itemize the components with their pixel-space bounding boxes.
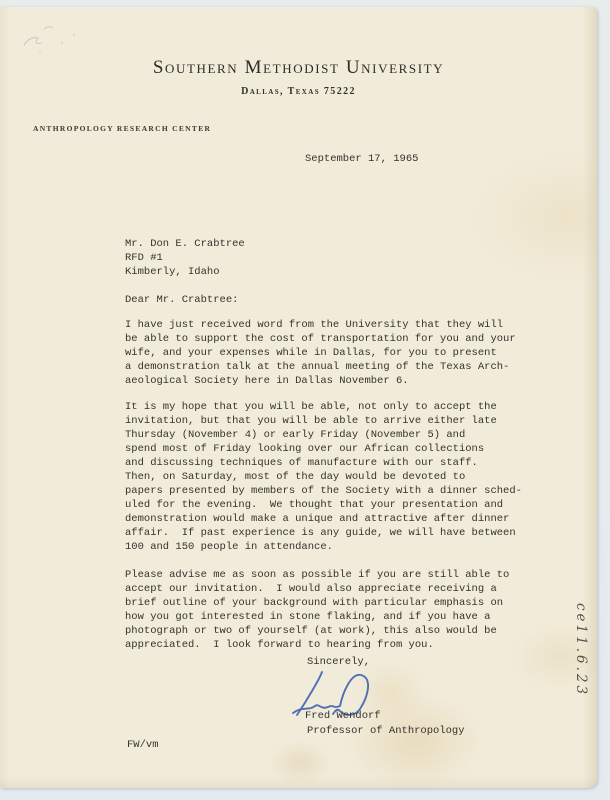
reference-initials: FW/vm bbox=[127, 738, 159, 752]
letterhead-university-name: Southern Methodist University bbox=[0, 57, 597, 79]
recipient-street: RFD #1 bbox=[125, 251, 245, 265]
recipient-address-block: Mr. Don E. Crabtree RFD #1 Kimberly, Ida… bbox=[125, 237, 245, 279]
body-paragraph-2: It is my hope that you will be able, not… bbox=[125, 400, 525, 554]
sender-title: Professor of Anthropology bbox=[307, 724, 465, 738]
pencil-scribble-marks bbox=[10, 15, 100, 60]
letterhead-city-line: Dallas, Texas 75222 bbox=[0, 86, 597, 97]
salutation: Dear Mr. Crabtree: bbox=[125, 293, 238, 307]
recipient-name: Mr. Don E. Crabtree bbox=[125, 237, 245, 251]
letter-scan-paper: Southern Methodist University Dallas, Te… bbox=[0, 7, 597, 788]
letterhead-department: ANTHROPOLOGY RESEARCH CENTER bbox=[33, 124, 211, 133]
sender-name: Fred Wendorf bbox=[305, 709, 381, 723]
recipient-city: Kimberly, Idaho bbox=[125, 265, 245, 279]
body-paragraph-1: I have just received word from the Unive… bbox=[125, 318, 525, 388]
closing-sincerely: Sincerely, bbox=[307, 655, 370, 669]
letter-date: September 17, 1965 bbox=[305, 152, 418, 166]
body-paragraph-3: Please advise me as soon as possible if … bbox=[125, 568, 525, 652]
catalog-annotation-vertical: ce11.6.23 bbox=[573, 603, 589, 697]
